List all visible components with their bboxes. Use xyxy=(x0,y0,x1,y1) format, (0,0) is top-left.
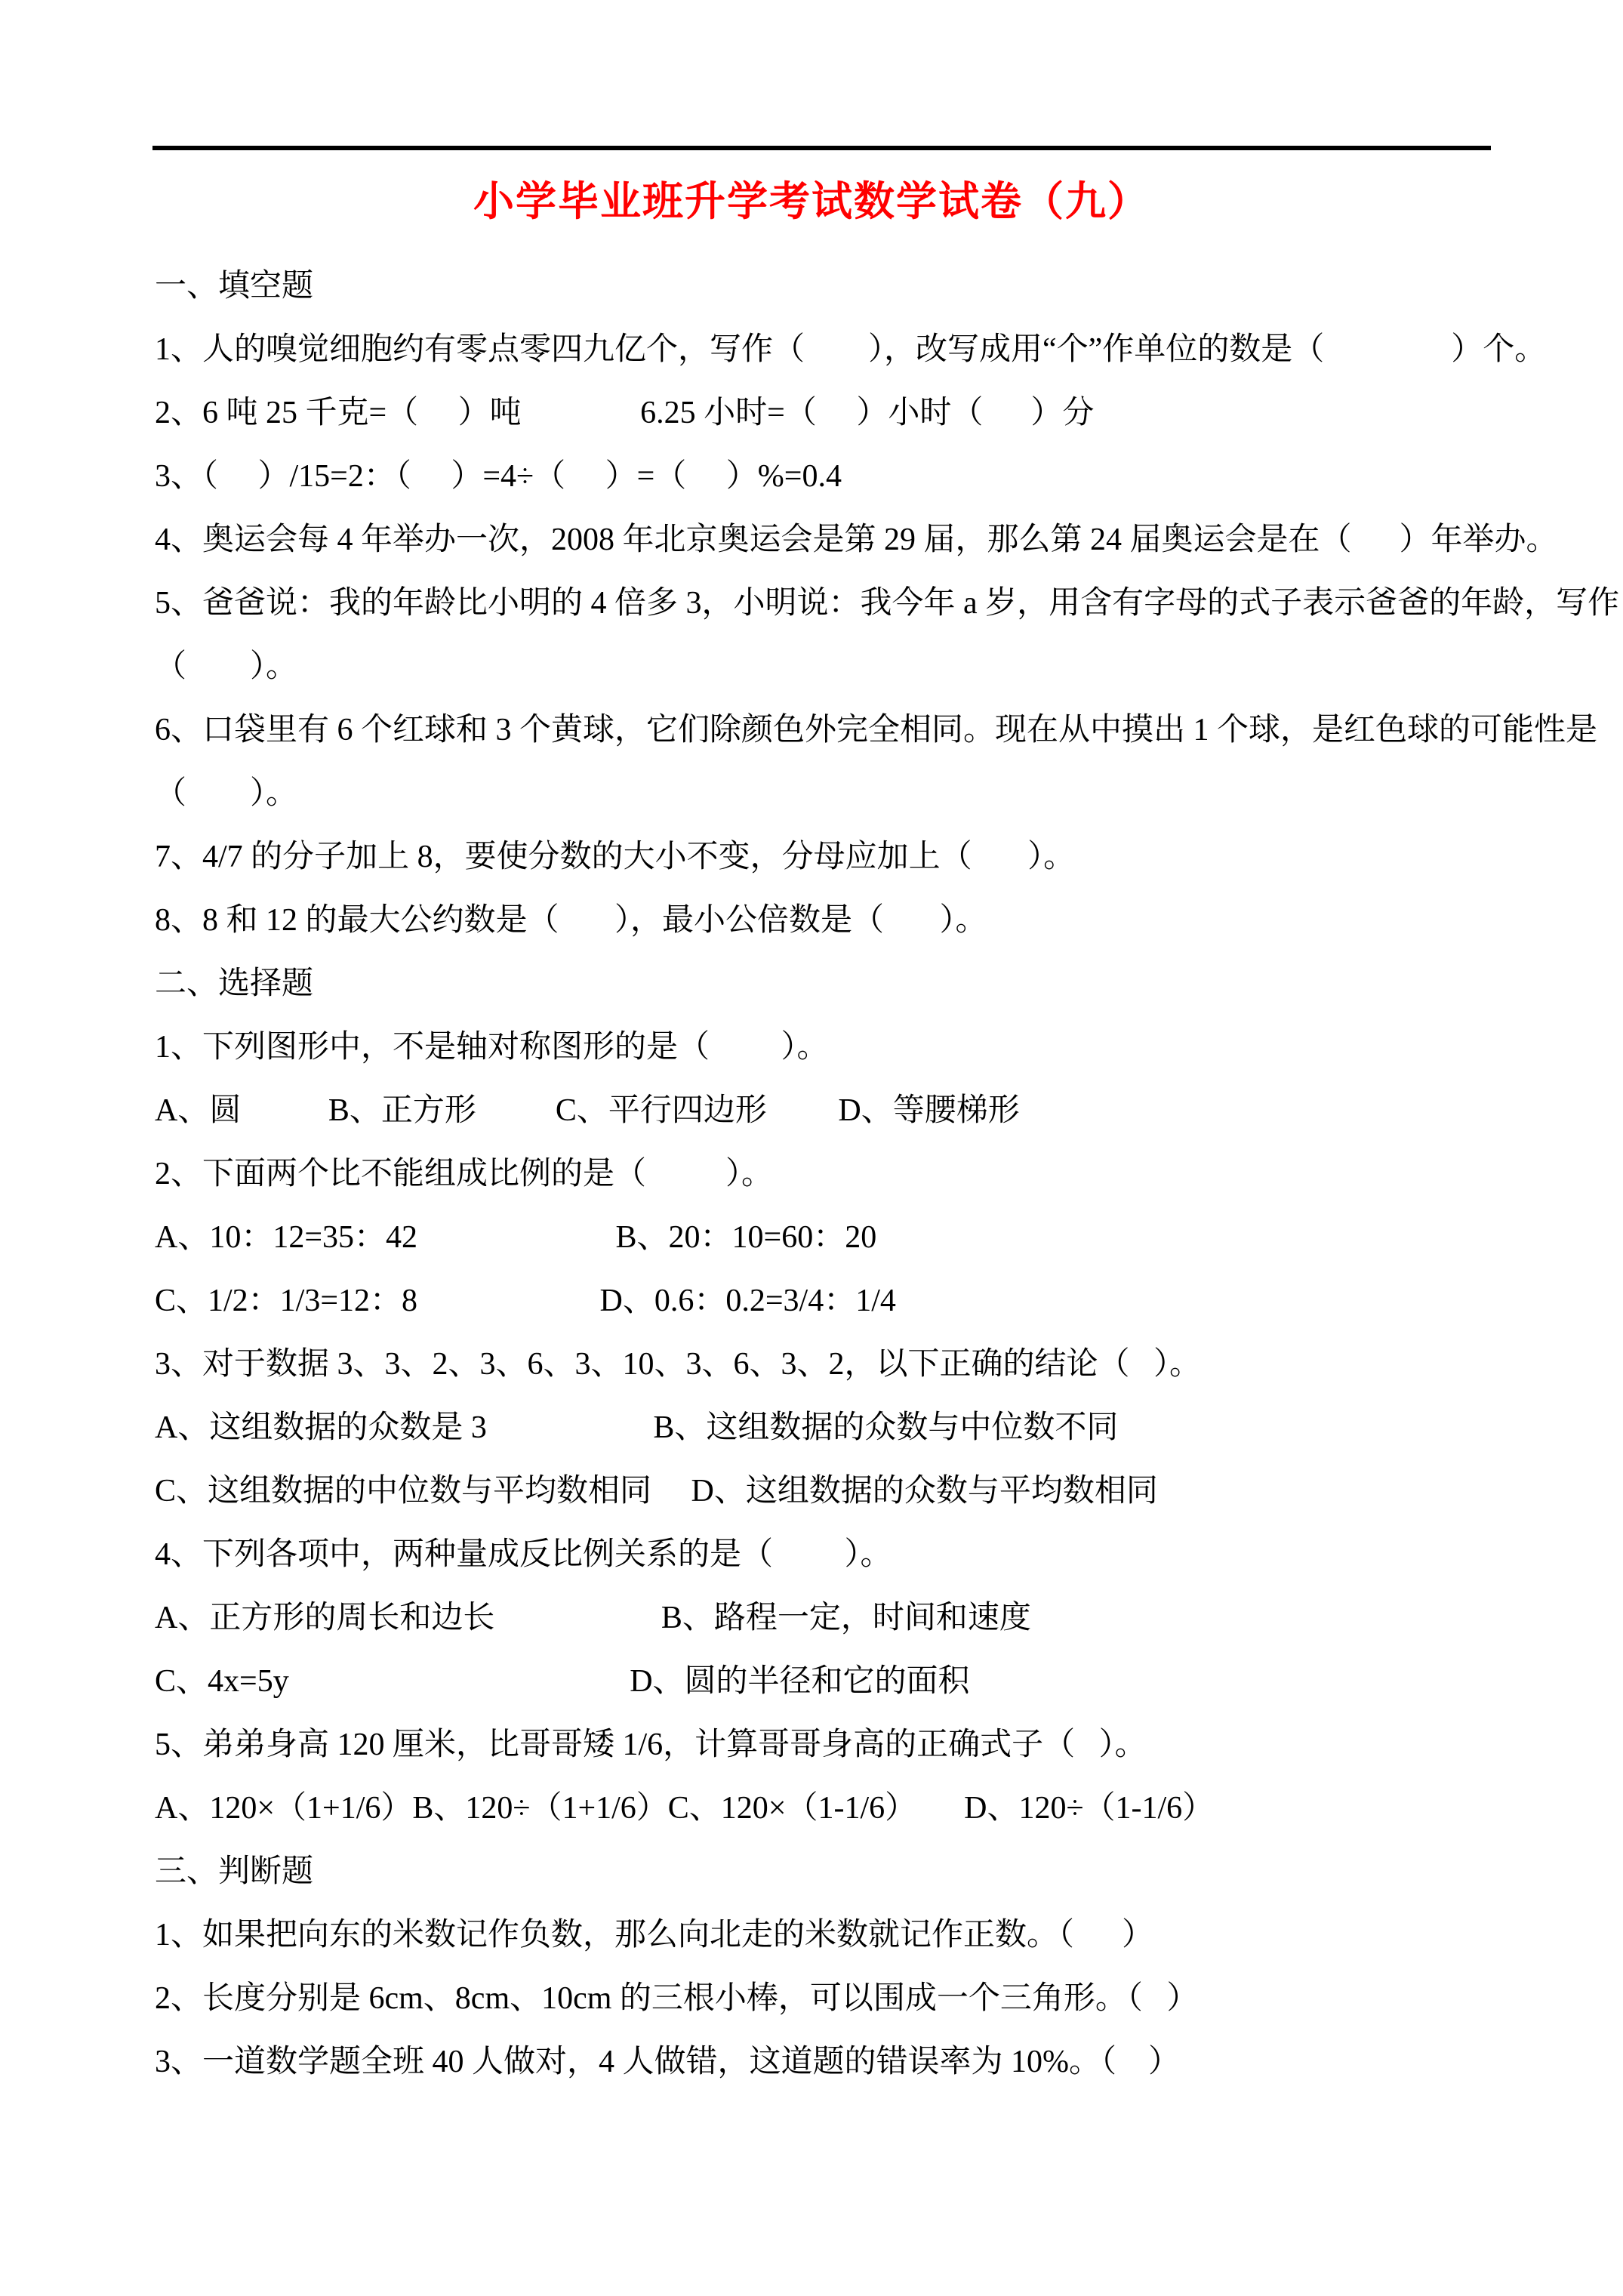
question-line: 3、（ ）/15=2：（ ）=4÷（ ）=（ ）%=0.4 xyxy=(155,445,1623,508)
exam-page: 小学毕业班升学考试数学试卷（九） 一、填空题1、人的嗅觉细胞约有零点零四九亿个，… xyxy=(0,0,1623,2296)
section-heading: 一、填空题 xyxy=(155,254,1623,318)
header-rule xyxy=(152,146,1491,150)
question-line: 6、口袋里有 6 个红球和 3 个黄球，它们除颜色外完全相同。现在从中摸出 1 … xyxy=(155,698,1623,762)
question-line: 2、长度分别是 6cm、8cm、10cm 的三根小棒，可以围成一个三角形。（ ） xyxy=(155,1967,1623,2030)
question-line: A、圆 B、正方形 C、平行四边形 D、等腰梯形 xyxy=(155,1079,1623,1142)
question-line: A、这组数据的众数是 3 B、这组数据的众数与中位数不同 xyxy=(155,1396,1623,1459)
question-line: A、10：12=35：42 B、20：10=60：20 xyxy=(155,1206,1623,1269)
section-heading: 三、判断题 xyxy=(155,1840,1623,1903)
question-line: 5、弟弟身高 120 厘米，比哥哥矮 1/6，计算哥哥身高的正确式子（ ）。 xyxy=(155,1713,1623,1777)
question-line: A、正方形的周长和边长 B、路程一定，时间和速度 xyxy=(155,1586,1623,1650)
question-line: C、这组数据的中位数与平均数相同 D、这组数据的众数与平均数相同 xyxy=(155,1459,1623,1523)
question-line: 3、对于数据 3、3、2、3、6、3、10、3、6、3、2，以下正确的结论（ ）… xyxy=(155,1333,1623,1396)
question-line: C、1/2：1/3=12：8 D、0.6：0.2=3/4：1/4 xyxy=(155,1269,1623,1333)
exam-title: 小学毕业班升学考试数学试卷（九） xyxy=(0,169,1623,227)
section-heading: 二、选择题 xyxy=(155,952,1623,1015)
question-line: 7、4/7 的分子加上 8，要使分数的大小不变，分母应加上（ ）。 xyxy=(155,825,1623,889)
question-line: 2、下面两个比不能组成比例的是（ ）。 xyxy=(155,1142,1623,1206)
exam-body: 一、填空题1、人的嗅觉细胞约有零点零四九亿个，写作（ ），改写成用“个”作单位的… xyxy=(155,254,1623,2094)
question-line: 1、如果把向东的米数记作负数，那么向北走的米数就记作正数。（ ） xyxy=(155,1903,1623,1967)
question-line: 5、爸爸说：我的年龄比小明的 4 倍多 3，小明说：我今年 a 岁，用含有字母的… xyxy=(155,572,1623,635)
question-line: 2、6 吨 25 千克=（ ）吨 6.25 小时=（ ）小时（ ）分 xyxy=(155,381,1623,445)
question-line: 1、人的嗅觉细胞约有零点零四九亿个，写作（ ），改写成用“个”作单位的数是（ ）… xyxy=(155,318,1623,381)
question-line: 3、一道数学题全班 40 人做对，4 人做错，这道题的错误率为 10%。（ ） xyxy=(155,2030,1623,2094)
question-line: 4、奥运会每 4 年举办一次，2008 年北京奥运会是第 29 届，那么第 24… xyxy=(155,508,1623,572)
question-line: 4、下列各项中，两种量成反比例关系的是（ ）。 xyxy=(155,1523,1623,1586)
question-line: （ ）。 xyxy=(155,635,1623,698)
question-line: C、4x=5y D、圆的半径和它的面积 xyxy=(155,1650,1623,1713)
question-line: （ ）。 xyxy=(155,762,1623,825)
question-line: 8、8 和 12 的最大公约数是（ ），最小公倍数是（ ）。 xyxy=(155,889,1623,952)
question-line: 1、下列图形中，不是轴对称图形的是（ ）。 xyxy=(155,1015,1623,1079)
question-line: A、120×（1+1/6）B、120÷（1+1/6）C、120×（1-1/6） … xyxy=(155,1777,1623,1840)
